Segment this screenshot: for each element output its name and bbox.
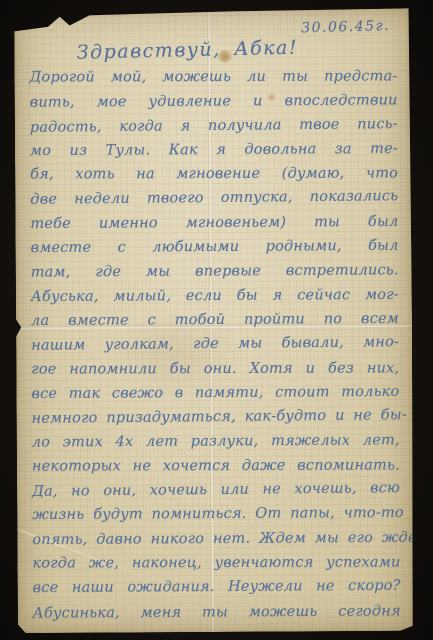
photo-background: 30.06.45г. Здравствуй, Абка! Дорогой мой… [0, 0, 433, 640]
letter-line: Абуська, милый, если бы я сейчас мог- [31, 283, 399, 310]
letter-line: Да, но они, хочешь или не хочешь, всю [32, 476, 400, 504]
letter-line: опять, давно никого нет. Ждем мы его жде… [32, 526, 400, 553]
letter-line: все так свежо в памяти, стоит только [31, 380, 399, 407]
letter-line: Дорогой мой, можешь ли ты предста- [29, 64, 397, 89]
letter-line: бя, хоть на мгновение (думаю, что [30, 162, 398, 187]
letter-line: радость, когда я получила твое пись- [30, 112, 398, 140]
letter-line: немного призадуматься, как-будто и не бы… [31, 403, 399, 431]
letter-line: жизнь будут помниться. От папы, что-то [32, 501, 400, 528]
letter-line: Абусинька, меня ты можешь сегодня [33, 599, 401, 626]
letter-line: мо из Тулы. Как я довольна за те- [30, 137, 398, 164]
letter-line: ло этих 4х лет разлуки, тяжелых лет, [32, 429, 400, 456]
letter-line: гое напомнили бы они. Хотя и без них, [31, 356, 399, 381]
letter-line: нашим уголкам, где мы бывали, мно- [31, 330, 399, 358]
letter-line: тебе именно мгновеньем) ты был [30, 210, 398, 237]
letter-line: некоторых не хочется даже вспоминать. [32, 453, 400, 478]
letter-line: две недели твоего отпуска, показались [30, 185, 398, 213]
letter-line: вместе с любимыми родными, был [30, 234, 398, 261]
letter-line: вить, мое удивление и впоследствии [30, 89, 398, 116]
letter-line: там, где мы впервые встретились. [31, 259, 399, 286]
letter-salutation: Здравствуй, Абка! [74, 36, 300, 63]
letter-line: все наши ожидания. Неужели не скоро? [33, 574, 401, 601]
letter-line: ла вместе с тобой пройти по всем [31, 307, 399, 334]
letter-paper: 30.06.45г. Здравствуй, Абка! Дорогой мой… [14, 8, 414, 633]
letter-line: когда же, наконец, увенчаются успехами [32, 550, 400, 575]
letter-date: 30.06.45г. [301, 18, 390, 36]
letter-body: Дорогой мой, можешь ли ты предста-вить, … [14, 64, 413, 633]
